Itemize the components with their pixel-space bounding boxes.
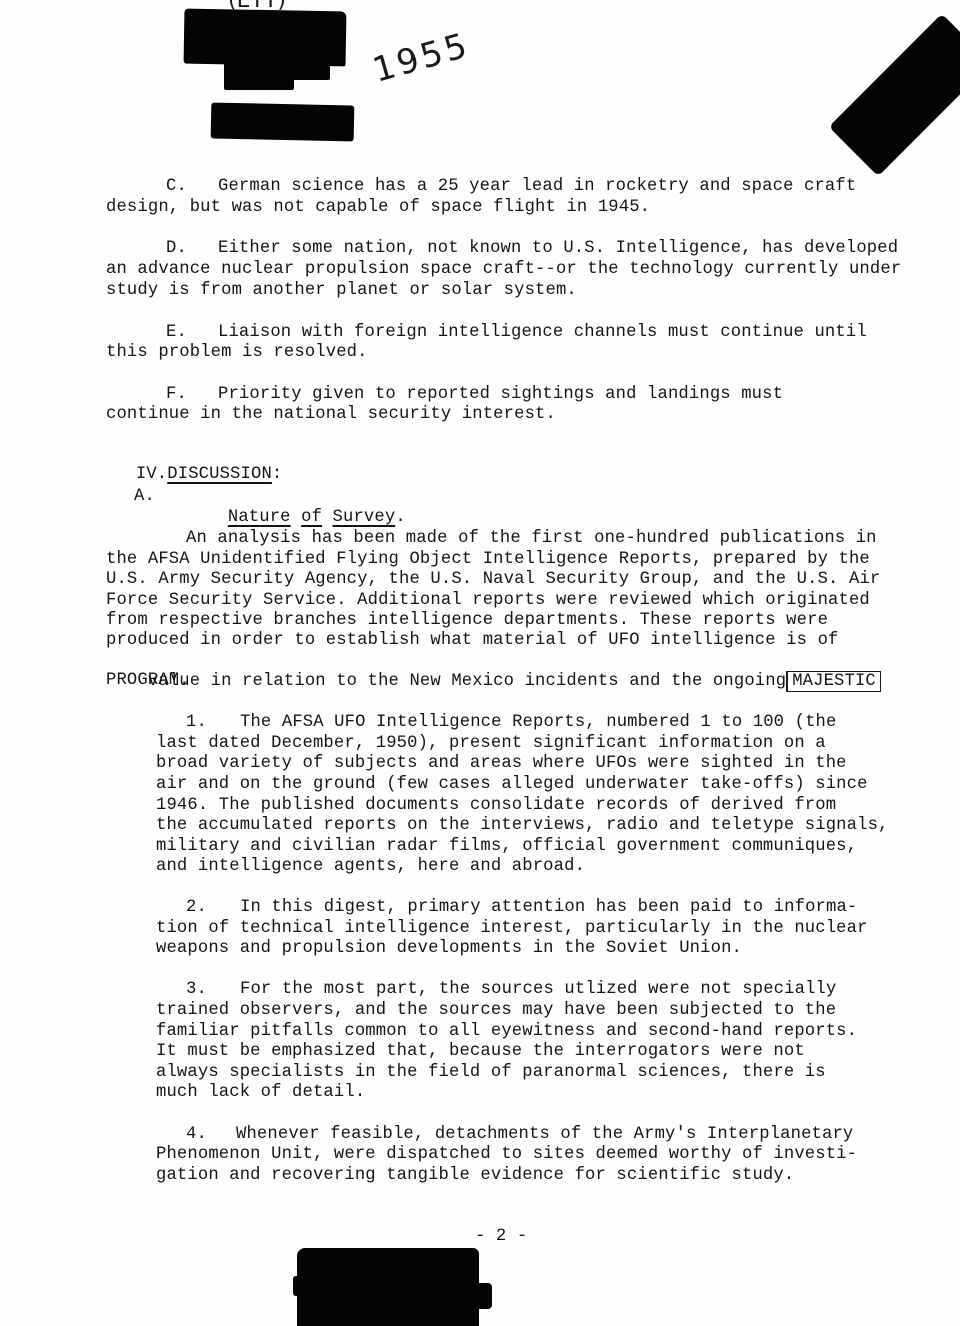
item-1-line-2: last dated December, 1950), present sign… (156, 733, 826, 754)
redaction-block-bottom-ear-left (293, 1276, 305, 1296)
item-1-line-7: military and civilian radar films, offic… (156, 836, 857, 857)
intro-line-7-text: value in relation to the New Mexico inci… (148, 672, 786, 691)
subsection-title-word-2: of (301, 508, 322, 527)
section-number: IV. (136, 465, 167, 484)
majestic-boxed-word: MAJESTIC (786, 671, 881, 692)
item-3-number: 3. (186, 979, 207, 1000)
item-1-line-4: air and on the ground (few cases alleged… (156, 774, 868, 795)
item-4-line-2: Phenomenon Unit, were dispatched to site… (156, 1144, 857, 1165)
item-1-line-3: broad variety of subjects and areas wher… (156, 753, 847, 774)
item-2-number: 2. (186, 897, 207, 918)
item-2-line-2: tion of technical intelligence interest,… (156, 918, 868, 939)
subsection-title-word-1: Nature (228, 508, 291, 527)
conclusion-c-line-1: German science has a 25 year lead in roc… (218, 176, 856, 197)
intro-line-3: U.S. Army Security Agency, the U.S. Nava… (106, 569, 880, 590)
subsection-letter: A. (134, 486, 155, 507)
conclusion-d-letter: D. (166, 238, 187, 259)
page-number: - 2 - (475, 1226, 527, 1247)
item-2-line-3: weapons and propulsion developments in t… (156, 938, 742, 959)
conclusion-c-line-2: design, but was not capable of space fli… (106, 197, 650, 218)
item-3-line-3: familiar pitfalls common to all eyewitne… (156, 1021, 857, 1042)
conclusion-d-line-3: study is from another planet or solar sy… (106, 280, 577, 301)
handwritten-top-note: (EYT) (228, 0, 286, 13)
item-4-line-3: gation and recovering tangible evidence … (156, 1165, 794, 1186)
item-1-number: 1. (186, 712, 207, 733)
conclusion-f-line-1: Priority given to reported sightings and… (218, 384, 783, 405)
item-1-line-1: The AFSA UFO Intelligence Reports, numbe… (240, 712, 836, 733)
conclusion-e-letter: E. (166, 322, 187, 343)
handwritten-year: 1955 (368, 25, 474, 91)
intro-line-7: value in relation to the New Mexico inci… (106, 650, 881, 713)
item-4-number: 4. (186, 1124, 207, 1145)
item-3-line-5: always specialists in the field of paran… (156, 1062, 826, 1083)
section-suffix: : (272, 465, 282, 484)
item-3-line-4: It must be emphasized that, because the … (156, 1041, 805, 1062)
conclusion-c-letter: C. (166, 176, 187, 197)
redaction-block-bottom-ear-right (470, 1283, 492, 1309)
item-2-line-1: In this digest, primary attention has be… (240, 897, 857, 918)
subsection-title-word-3: Survey (333, 508, 396, 527)
intro-line-5: from respective branches intelligence de… (106, 610, 828, 631)
section-title: DISCUSSION (167, 465, 272, 484)
item-3-line-1: For the most part, the sources utlized w… (240, 979, 836, 1000)
redaction-block-top-3 (290, 58, 330, 80)
redaction-block-bottom (297, 1248, 479, 1326)
conclusion-d-line-1: Either some nation, not known to U.S. In… (218, 238, 898, 259)
item-1-line-5: 1946. The published documents consolidat… (156, 795, 836, 816)
conclusion-f-line-2: continue in the national security intere… (106, 404, 556, 425)
intro-line-6: produced in order to establish what mate… (106, 630, 839, 651)
conclusion-e-line-2: this problem is resolved. (106, 342, 368, 363)
intro-line-4: Force Security Service. Additional repor… (106, 590, 870, 611)
conclusion-f-letter: F. (166, 384, 187, 405)
item-1-line-6: the accumulated reports on the interview… (156, 815, 889, 836)
intro-line-1: An analysis has been made of the first o… (186, 528, 877, 549)
item-4-line-1: Whenever feasible, detachments of the Ar… (236, 1124, 853, 1145)
item-3-line-2: trained observers, and the sources may h… (156, 1000, 836, 1021)
redaction-block-corner (829, 14, 960, 177)
conclusion-d-line-2: an advance nuclear propulsion space craf… (106, 259, 901, 280)
intro-line-2: the AFSA Unidentified Flying Object Inte… (106, 549, 870, 570)
item-3-line-6: much lack of detail. (156, 1082, 365, 1103)
document-page: (EYT) 1955 C. German science has a 25 ye… (0, 0, 960, 1326)
subsection-title-period: . (395, 508, 405, 527)
intro-line-8: PROGRAM. (106, 670, 190, 691)
redaction-block-top-2 (224, 58, 294, 90)
item-1-line-8: and intelligence agents, here and abroad… (156, 856, 585, 877)
redaction-block-top-4 (211, 103, 355, 142)
conclusion-e-line-1: Liaison with foreign intelligence channe… (218, 322, 867, 343)
